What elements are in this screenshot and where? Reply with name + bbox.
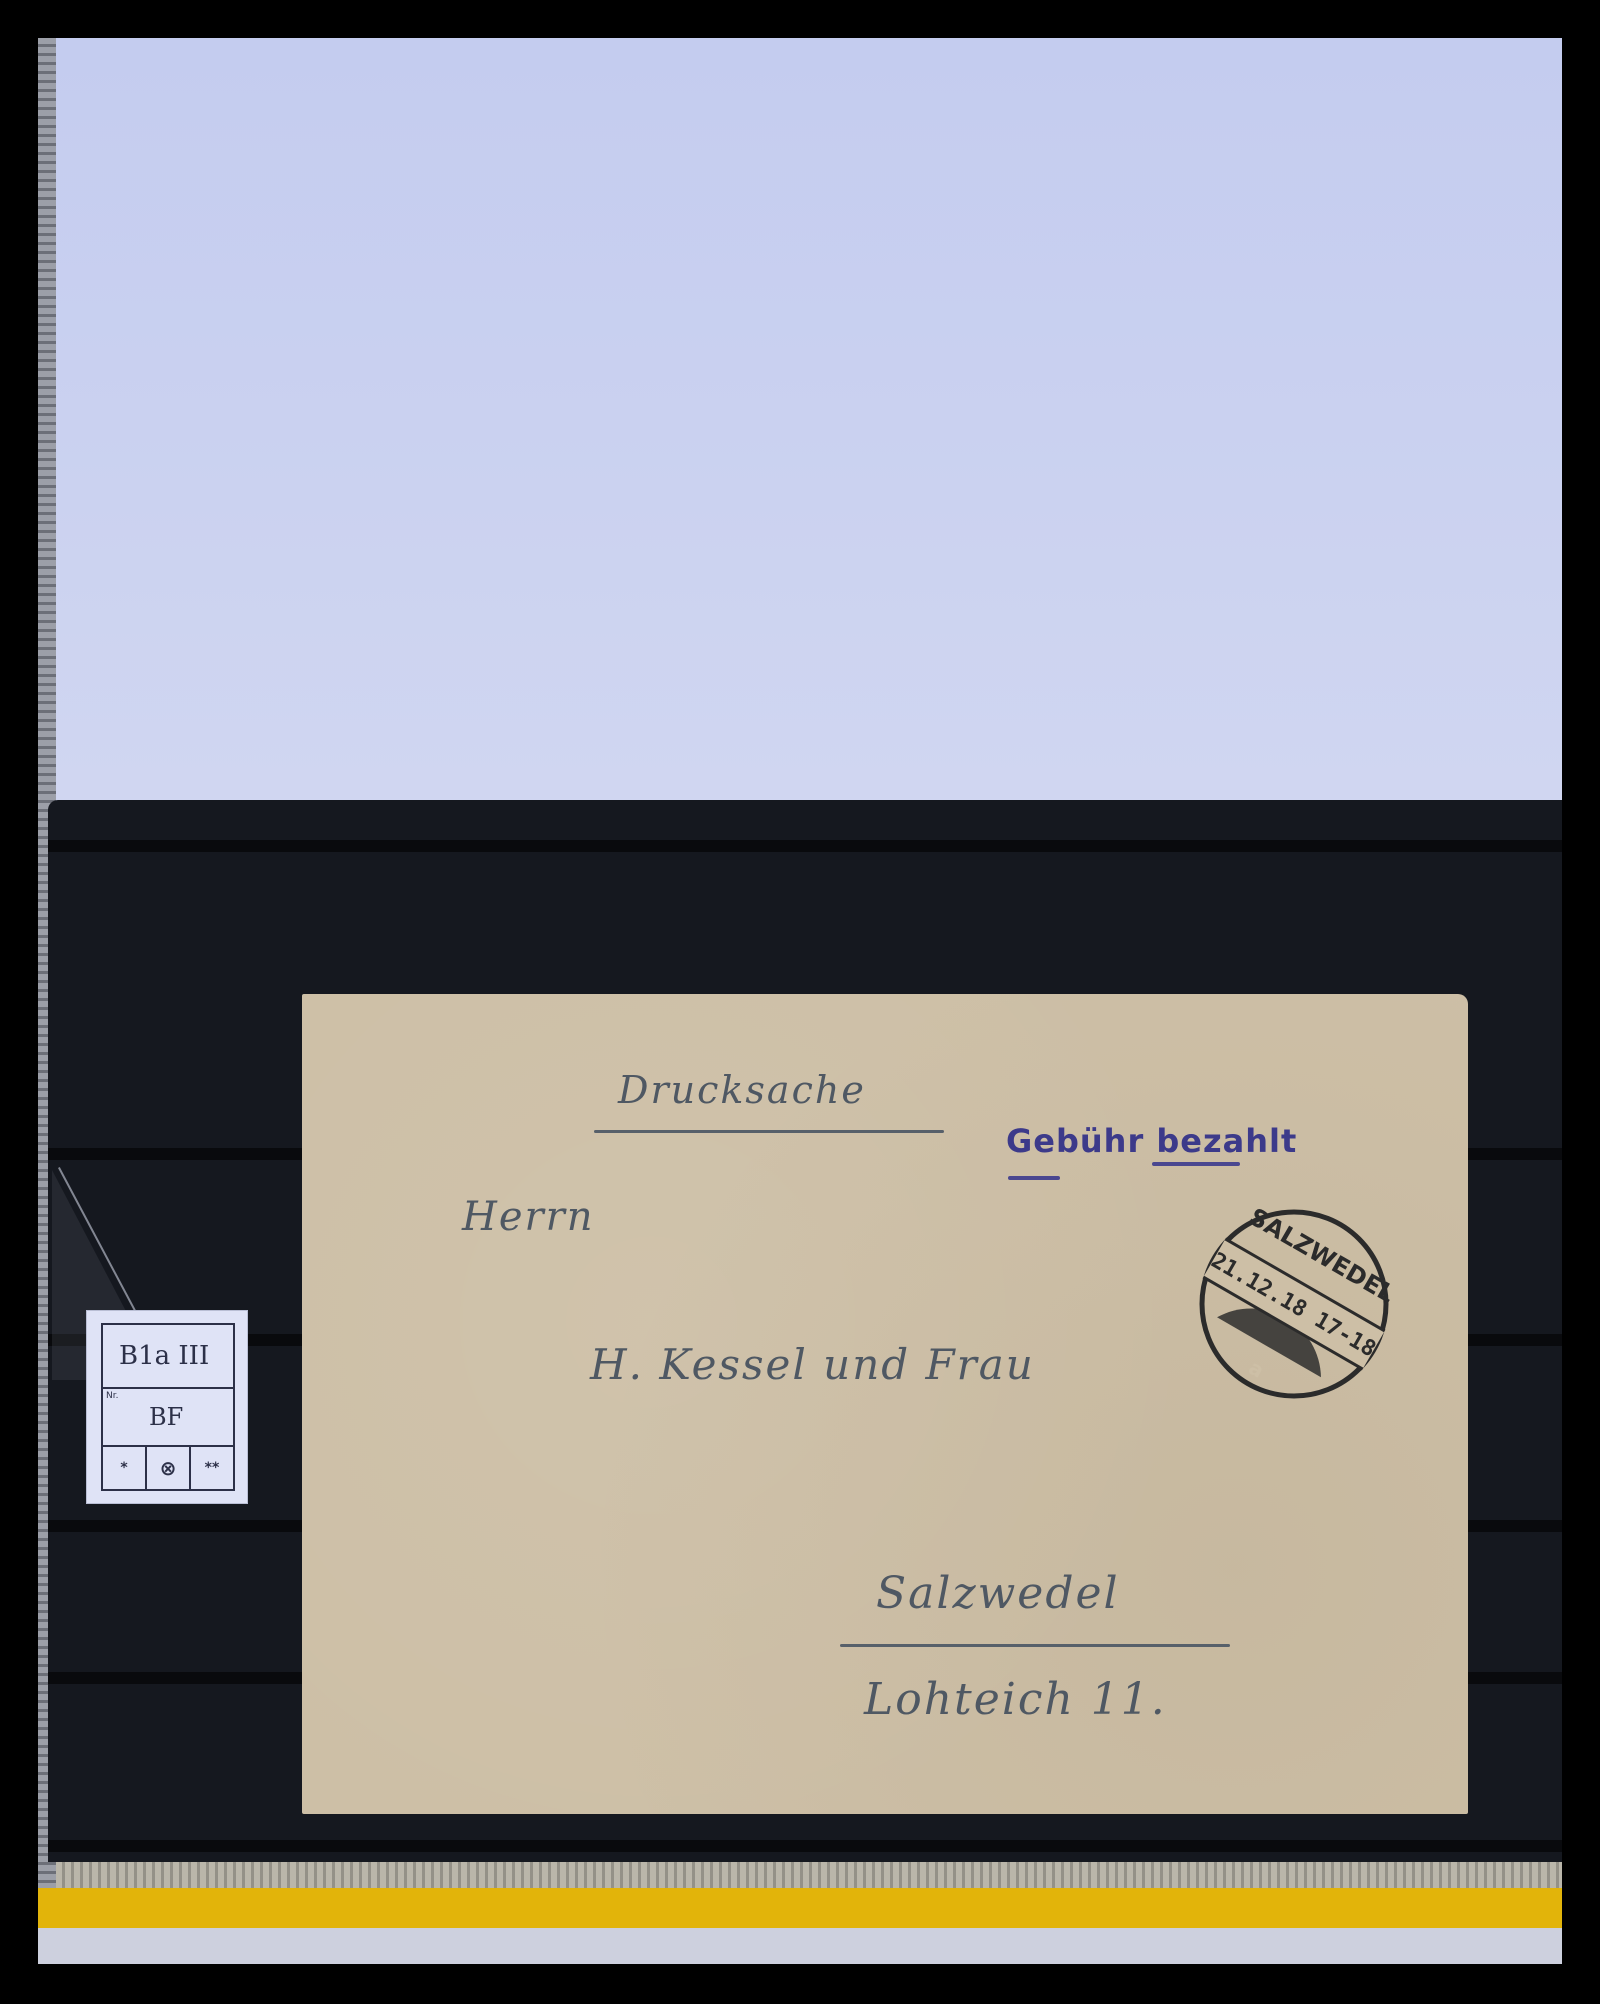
address-city: Salzwedel [876, 1568, 1120, 1619]
sleeve-bottom-perforation [56, 1862, 1562, 1888]
postal-cover: Drucksache Gebühr bezahlt 21.12.18 17-18… [302, 994, 1468, 1814]
condition-mint-never-hinged: ** [191, 1447, 233, 1489]
address-street: Lohteich 11. [864, 1674, 1167, 1725]
city-underline [840, 1644, 1230, 1647]
condition-mint-hinged: * [103, 1447, 147, 1489]
fee-paid-handstamp: Gebühr bezahlt [1006, 1122, 1297, 1160]
nr-label: Nr. [106, 1391, 118, 1401]
address-name: H. Kessel und Frau [590, 1340, 1035, 1389]
cover-type: BF [149, 1403, 183, 1431]
fee-paid-underline-left [1008, 1176, 1060, 1180]
catalog-number-row: B1a III [103, 1325, 233, 1389]
handwritten-drucksache: Drucksache [618, 1068, 866, 1112]
type-row: Nr. BF [103, 1389, 233, 1447]
fee-paid-underline-right [1152, 1162, 1240, 1166]
stock-strip-pocket-line [48, 840, 1562, 852]
salzwedel-postmark: 21.12.18 17-18 SALZWEDEL a [1194, 1204, 1394, 1404]
condition-used: ⊗ [147, 1447, 191, 1489]
postmark-letter: a [1245, 1355, 1269, 1383]
catalog-label-grid: B1a III Nr. BF * ⊗ ** [101, 1323, 235, 1491]
condition-row: * ⊗ ** [103, 1447, 233, 1489]
album-page-foot [38, 1928, 1562, 1964]
catalog-label: B1a III Nr. BF * ⊗ ** [86, 1310, 248, 1504]
binder-yellow-band [38, 1888, 1562, 1928]
stock-strip-pocket-line [48, 1840, 1562, 1852]
catalog-number: B1a III [119, 1341, 209, 1371]
album-page-upper-area [56, 38, 1562, 800]
address-salutation: Herrn [462, 1194, 595, 1240]
drucksache-underline [594, 1130, 944, 1133]
